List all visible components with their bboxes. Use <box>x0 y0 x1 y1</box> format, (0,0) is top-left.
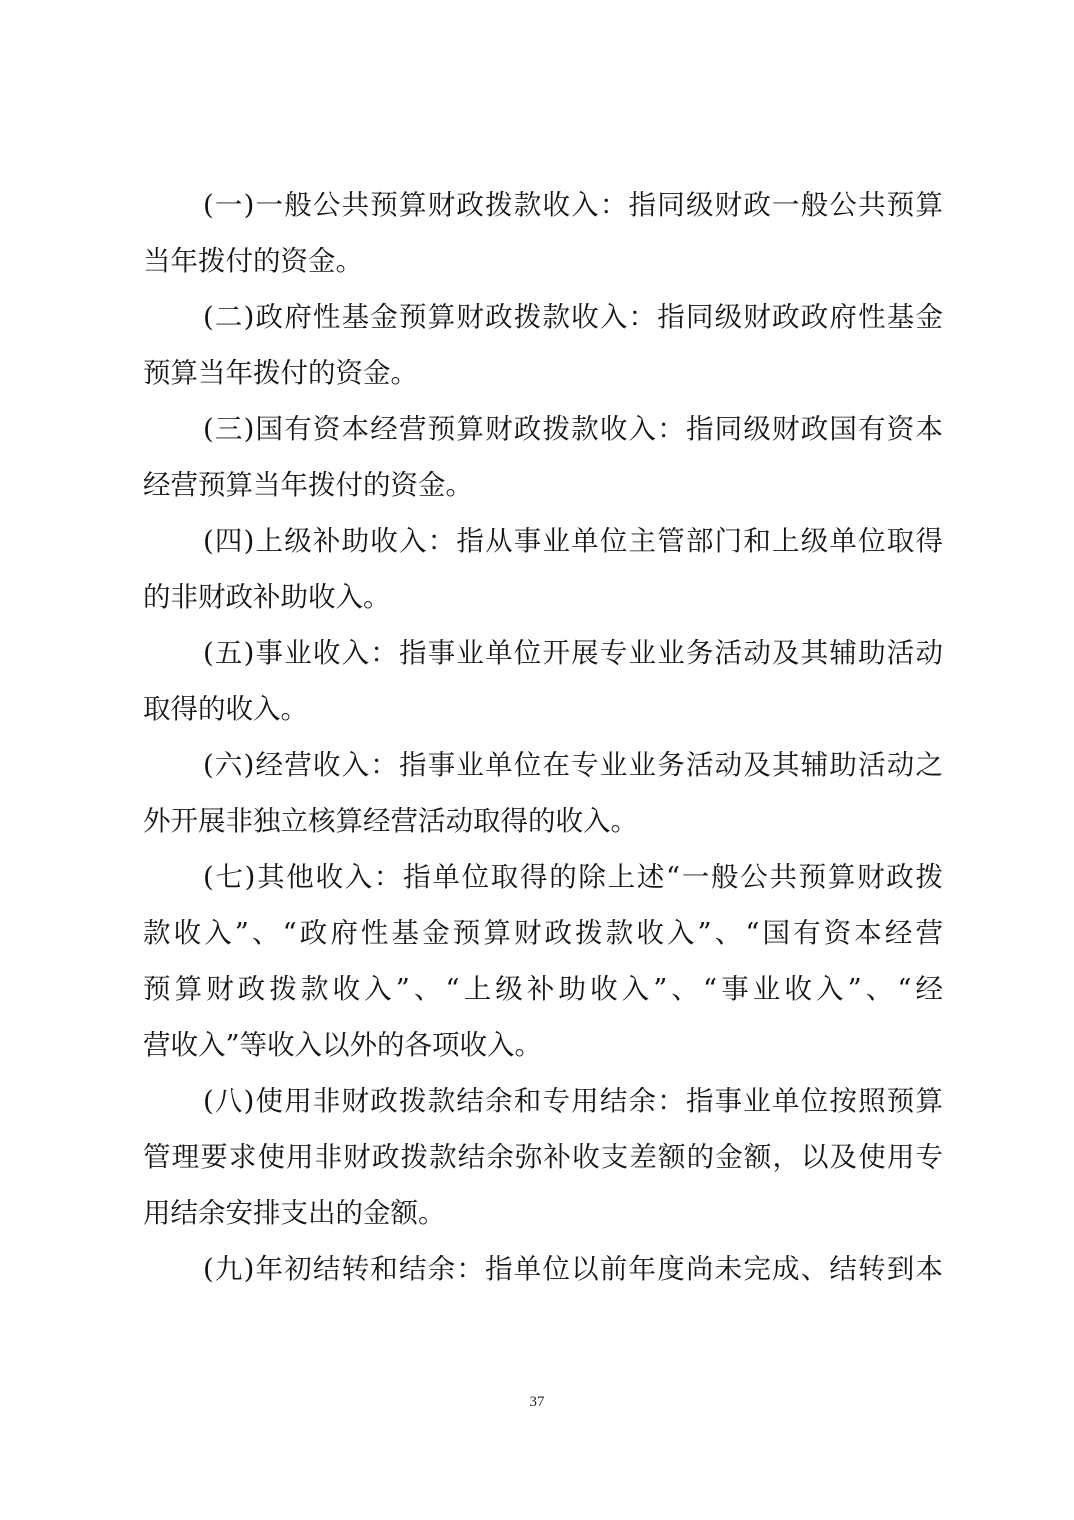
paragraph-7-line-4: 营收入”等收入以外的各项收入。 <box>143 1025 943 1065</box>
paragraph-6-line-2: 外开展非独立核算经营活动取得的收入。 <box>143 801 943 841</box>
paragraph-1-line-1: (一)一般公共预算财政拨款收入：指同级财政一般公共预算 <box>203 185 943 225</box>
paragraph-6-line-1: (六)经营收入：指事业单位在专业业务活动及其辅助活动之 <box>203 745 943 785</box>
paragraph-4-line-2: 的非财政补助收入。 <box>143 577 943 617</box>
paragraph-7-line-1: (七)其他收入：指单位取得的除上述“一般公共预算财政拨 <box>203 857 943 897</box>
paragraph-3-line-1: (三)国有资本经营预算财政拨款收入：指同级财政国有资本 <box>203 409 943 449</box>
paragraph-7-line-2: 款收入”、“政府性基金预算财政拨款收入”、“国有资本经营 <box>143 913 943 953</box>
paragraph-8-line-3: 用结余安排支出的金额。 <box>143 1193 943 1233</box>
paragraph-4-line-1: (四)上级补助收入：指从事业单位主管部门和上级单位取得 <box>203 521 943 561</box>
document-page: (一)一般公共预算财政拨款收入：指同级财政一般公共预算 当年拨付的资金。 (二)… <box>0 0 1074 1520</box>
paragraph-2-line-1: (二)政府性基金预算财政拨款收入：指同级财政政府性基金 <box>203 297 943 337</box>
paragraph-2-line-2: 预算当年拨付的资金。 <box>143 353 943 393</box>
page-number: 37 <box>0 1394 1074 1411</box>
paragraph-9-line-1: (九)年初结转和结余：指单位以前年度尚未完成、结转到本 <box>203 1249 943 1289</box>
paragraph-1-line-2: 当年拨付的资金。 <box>143 241 943 281</box>
paragraph-7-line-3: 预算财政拨款收入”、“上级补助收入”、“事业收入”、“经 <box>143 969 943 1009</box>
paragraph-3-line-2: 经营预算当年拨付的资金。 <box>143 465 943 505</box>
paragraph-8-line-2: 管理要求使用非财政拨款结余弥补收支差额的金额，以及使用专 <box>143 1137 943 1177</box>
paragraph-5-line-2: 取得的收入。 <box>143 689 943 729</box>
paragraph-8-line-1: (八)使用非财政拨款结余和专用结余：指事业单位按照预算 <box>203 1081 943 1121</box>
paragraph-5-line-1: (五)事业收入：指事业单位开展专业业务活动及其辅助活动 <box>203 633 943 673</box>
